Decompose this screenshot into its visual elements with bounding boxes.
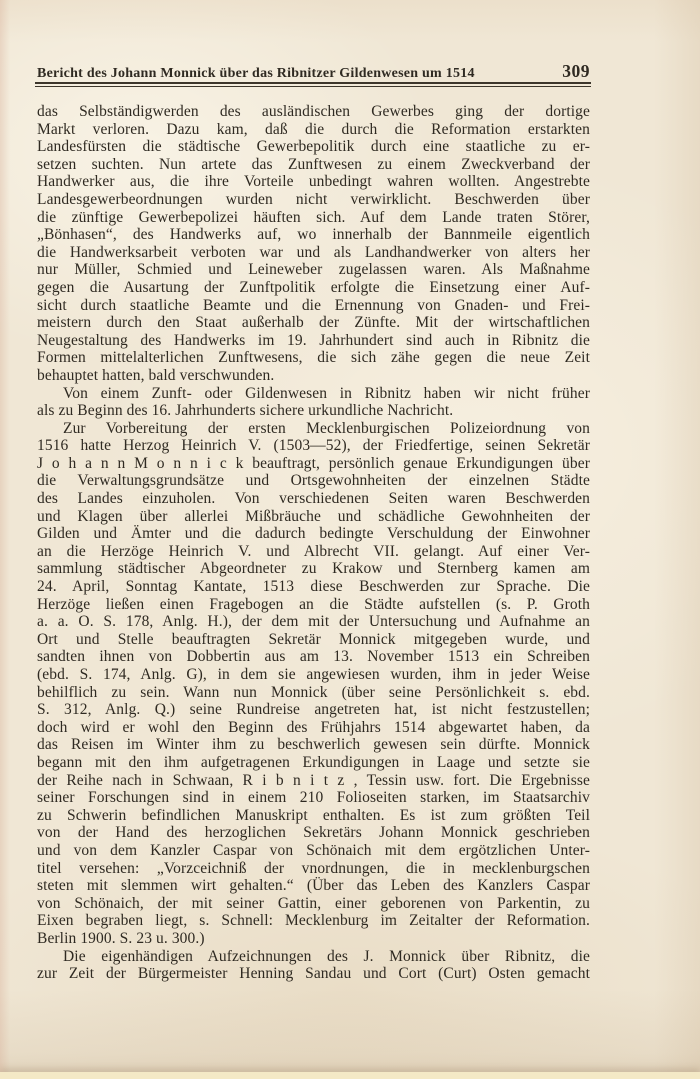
text-line: und Klagen über allerlei Mißbräuche und … <box>37 508 590 526</box>
page-number: 309 <box>562 61 590 82</box>
text-line: Landesfürsten die städtische Gewerbepoli… <box>37 138 590 156</box>
text-line: meistern durch den Staat außerhalb der Z… <box>37 314 590 332</box>
text-line: Zur Vorbereitung der ersten Mecklenburgi… <box>37 420 590 438</box>
text-line: 1516 hatte Herzog Heinrich V. (1503—52),… <box>37 437 590 455</box>
text-block: das Selbständigwerden des ausländischen … <box>37 103 590 983</box>
running-title: Bericht des Johann Monnick über das Ribn… <box>37 66 475 82</box>
text-line: Neugestaltung des Handwerks im 19. Jahrh… <box>37 332 590 350</box>
text-line: Von einem Zunft- oder Gildenwesen in Rib… <box>37 385 590 403</box>
paragraph: das Selbständigwerden des ausländischen … <box>37 103 590 385</box>
text-line: a. a. O. S. 178, Anlg. H.), der dem mit … <box>37 613 590 631</box>
paragraph: Zur Vorbereitung der ersten Mecklenburgi… <box>37 420 590 948</box>
text-line: von der Hand des herzoglichen Sekretärs … <box>37 824 590 842</box>
text-line: Ort und Stelle beauftragten Sekretär Mon… <box>37 631 590 649</box>
text-line: S. 312, Anlg. Q.) seine Rundreise angetr… <box>37 701 590 719</box>
text-line: die zünftige Gewerbepolizei häuften sich… <box>37 209 590 227</box>
text-line: das Reisen im Winter ihm zu beschwerlich… <box>37 736 590 754</box>
page-header: Bericht des Johann Monnick über das Ribn… <box>37 61 590 82</box>
text-line: begann mit den ihm aufgetragenen Erkundi… <box>37 754 590 772</box>
text-line: 24. April, Sonntag Kantate, 1513 diese B… <box>37 578 590 596</box>
page-bottom-edge <box>0 1072 700 1079</box>
text-line: (ebd. S. 174, Anlg. G), in dem sie angew… <box>37 666 590 684</box>
paragraph: Die eigenhändigen Aufzeichnungen des J. … <box>37 948 590 983</box>
text-line: Berlin 1900. S. 23 u. 300.) <box>37 930 590 948</box>
text-line: sandten ihnen von Dobbertin aus am 13. N… <box>37 648 590 666</box>
text-line: Landesgewerbeordnungen wurden nicht verw… <box>37 191 590 209</box>
text-line: behilflich zu sein. Wann nun Monnick (üb… <box>37 684 590 702</box>
text-line: von Schönaich, der mit seiner Gattin, ei… <box>37 895 590 913</box>
text-line: der Reihe nach in Schwaan, R i b n i t z… <box>37 772 590 790</box>
paragraph: Von einem Zunft- oder Gildenwesen in Rib… <box>37 385 590 420</box>
text-line: Gilden und Ämter und die dadurch bedingt… <box>37 525 590 543</box>
text-line: seiner Forschungen sind in einem 210 Fol… <box>37 789 590 807</box>
text-line: Herzöge ließen einen Fragebogen an die S… <box>37 596 590 614</box>
text-line: Handwerker aus, die ihre Vorteile unbedi… <box>37 173 590 191</box>
header-rule <box>35 82 591 87</box>
text-line: als zu Beginn des 16. Jahrhunderts siche… <box>37 402 590 420</box>
text-line: an die Herzöge Heinrich V. und Albrecht … <box>37 543 590 561</box>
text-line: „Bönhasen“, des Handwerks auf, wo innerh… <box>37 226 590 244</box>
text-line: titel versehen: „Vorzceichniß der vnordn… <box>37 860 590 878</box>
text-line: setzen suchten. Nun artete das Zunftwese… <box>37 156 590 174</box>
text-line: gegen die Ausartung der Zunftpolitik erf… <box>37 279 590 297</box>
text-line: steten mit slemmen wirt gehalten.“ (Über… <box>37 877 590 895</box>
text-line: Formen mittelalterlichen Zunftwesens, di… <box>37 349 590 367</box>
text-line: Markt verloren. Dazu kam, daß die durch … <box>37 121 590 139</box>
text-line: und von dem Kanzler Caspar von Schönaich… <box>37 842 590 860</box>
text-line: behauptet hatten, bald verschwunden. <box>37 367 590 385</box>
text-line: das Selbständigwerden des ausländischen … <box>37 103 590 121</box>
text-line: die Verwaltungsgrundsätze und Ortsgewohn… <box>37 472 590 490</box>
text-line: die Handwerksarbeit verboten war und als… <box>37 244 590 262</box>
text-line: zu Schwerin befindlichen Manuskript enth… <box>37 807 590 825</box>
text-line: doch wird er wohl den Beginn des Frühjah… <box>37 719 590 737</box>
page: Bericht des Johann Monnick über das Ribn… <box>0 0 700 1079</box>
text-line: sammlung städtischer Abgeordneter zu Kra… <box>37 560 590 578</box>
text-line: zur Zeit der Bürgermeister Henning Sanda… <box>37 965 590 983</box>
text-line: sicht durch staatliche Beamte und die Er… <box>37 297 590 315</box>
text-line: Die eigenhändigen Aufzeichnungen des J. … <box>37 948 590 966</box>
text-line: nur Müller, Schmied und Leineweber zugel… <box>37 261 590 279</box>
text-line: J o h a n n M o n n i c k beauftragt, pe… <box>37 455 590 473</box>
text-line: des Landes einzuholen. Von verschiedenen… <box>37 490 590 508</box>
text-line: Eixen begraben liegt, s. Schnell: Meckle… <box>37 912 590 930</box>
